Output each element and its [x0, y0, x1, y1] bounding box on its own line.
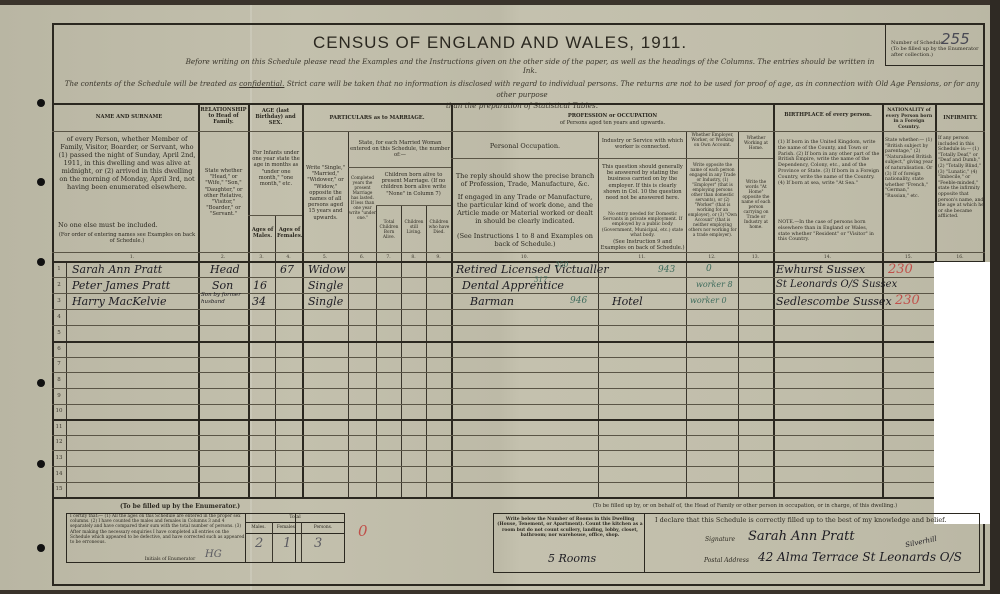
red-check-mark: 0 [358, 522, 368, 540]
row-number: 6 [54, 346, 64, 352]
page-edge-right [990, 0, 1000, 594]
header-name-body: of every Person, whether Member of Famil… [58, 135, 196, 191]
row1-age-female[interactable]: 67 [280, 263, 294, 276]
column-number: 2. [198, 255, 248, 260]
column-number: 9. [426, 255, 451, 260]
row-number: 2 [54, 282, 64, 288]
header-industry: Industry or Service with which worker is… [600, 138, 685, 150]
col-divider [248, 104, 250, 499]
row-number: 13 [54, 455, 64, 461]
head-heading: (To be filled up by, or on behalf of, th… [510, 503, 980, 509]
form-title: CENSUS OF ENGLAND AND WALES, 1911. [0, 33, 1000, 53]
enumerator-initials[interactable]: HG [205, 549, 222, 560]
col-divider [598, 131, 599, 499]
confidential-text-pre: The contents of the Schedule will be tre… [65, 79, 239, 88]
row2-occupation-code: 317 [534, 276, 547, 284]
postal-address[interactable]: 42 Alma Terrace St Leonards O/S [758, 550, 962, 564]
schedule-number-box: Number of Schedule (To be filled up by t… [885, 24, 985, 66]
column-number: 16. [935, 255, 985, 260]
punch-hole-icon [37, 544, 45, 552]
form-instructions: Before writing on this Schedule please r… [180, 57, 880, 75]
header-name-no-one-else: No one else must be included. [58, 221, 196, 229]
totals-label: Total [245, 515, 345, 521]
header-name-order-note: (For order of entering names see Example… [58, 232, 196, 244]
column-number: 10. [451, 255, 598, 260]
header-name: NAME AND SURNAME [60, 114, 198, 120]
header-age-females: Ages of Females. [277, 227, 302, 239]
header-died: Children who have Died. [427, 220, 451, 235]
row3-occupation-code: 946 [570, 296, 587, 306]
row1-relationship[interactable]: Head [210, 263, 240, 276]
row-number: 12 [54, 439, 64, 445]
row3-age-male[interactable]: 34 [252, 295, 266, 308]
header-top-rule [52, 103, 985, 105]
column-number: 7. [376, 255, 401, 260]
totals-males[interactable]: 2 [255, 536, 263, 551]
row2-age-male[interactable]: 16 [253, 279, 267, 292]
row3-birthplace-code: 230 [895, 293, 920, 308]
row-number: 8 [54, 377, 64, 383]
header-rule [248, 215, 302, 216]
row-number-divider [66, 262, 67, 499]
schedule-number-value[interactable]: 255 [941, 30, 970, 48]
header-occupation: PROFESSION or OCCUPATION [453, 113, 772, 119]
row2-relationship[interactable]: Son [212, 279, 233, 292]
declaration-text: I declare that this Schedule is correctl… [655, 516, 946, 524]
column-number: 11. [598, 255, 686, 260]
row2-employer[interactable]: worker 8 [696, 280, 733, 289]
column-number: 15. [882, 255, 935, 260]
header-rule [52, 131, 985, 132]
column-number: 5. [302, 255, 348, 260]
col-divider [198, 104, 200, 499]
row2-condition[interactable]: Single [308, 279, 343, 292]
header-rule [451, 158, 773, 159]
column-number: 1. [66, 255, 198, 260]
header-marriage-condition: Write "Single," "Married," "Widower," or… [304, 165, 347, 221]
column-number: 6. [348, 255, 376, 260]
col-divider [426, 205, 427, 499]
col-divider [376, 205, 377, 499]
enumerator-heading: (To be filled up by the Enumerator.) [60, 503, 300, 510]
header-age: AGE (last Birthday) and SEX. [250, 108, 301, 127]
column-number: 12. [686, 255, 738, 260]
header-occupation-sub: of Persons aged ten years and upwards. [453, 120, 772, 126]
punch-hole-icon [37, 460, 45, 468]
row3-employer[interactable]: worker 0 [690, 296, 727, 305]
row1-occupation[interactable]: Retired Licensed Victualler [456, 263, 609, 276]
confidential-text-post: Strict care will be taken that no inform… [284, 79, 979, 99]
totals-males-label: Males. [245, 525, 272, 531]
row-number: 11 [54, 424, 64, 430]
row-number: 9 [54, 393, 64, 399]
totals-females-label: Females. [272, 525, 301, 531]
row3-birthplace[interactable]: Sedlescombe Sussex [776, 295, 892, 308]
header-industry-body3: (See Instruction 9 and Examples on back … [600, 239, 685, 251]
header-nationality-body: State whether:— (1) "British subject by … [885, 138, 934, 200]
row-number: 15 [54, 486, 64, 492]
signature-label: Signature [705, 536, 735, 543]
header-industry-body: This question should generally be answer… [600, 164, 685, 201]
header-rule [348, 167, 451, 168]
header-employer-body: Write opposite the name of each person e… [688, 162, 737, 237]
column-number: 14. [773, 255, 882, 260]
header-personal-body3: (See Instructions 1 to 8 and Examples on… [455, 232, 595, 248]
col-divider [773, 104, 775, 499]
header-marriage: PARTICULARS as to MARRIAGE. [304, 115, 450, 121]
col-divider [451, 104, 453, 499]
totals-females[interactable]: 1 [283, 536, 291, 551]
row3-industry[interactable]: Hotel [612, 295, 643, 308]
row-number: 7 [54, 361, 64, 367]
header-infirmity: INFIRMITY. [937, 115, 984, 121]
col-divider [686, 131, 687, 499]
header-personal-body2: If engaged in any Trade or Manufacture, … [455, 193, 595, 225]
col-divider [302, 104, 304, 499]
enumerator-certify: I certify that:— (1) All the ages on thi… [70, 514, 245, 545]
header-industry-body2: No entry needed for Domestic Servants in… [600, 212, 685, 238]
totals-persons-label: Persons. [301, 525, 345, 531]
header-living: Children still Living. [402, 220, 426, 235]
header-home: Whether Working at Home. [740, 136, 772, 151]
confidential-word: confidential. [239, 79, 284, 88]
schedule-number-label: Number of Schedule (To be filled up by t… [891, 40, 984, 58]
header-age-males: Ages of Males. [250, 227, 275, 239]
header-birthplace-note: NOTE.—In the case of persons born elsewh… [778, 220, 880, 243]
column-number: 13. [738, 255, 773, 260]
signature[interactable]: Sarah Ann Pratt [748, 529, 855, 544]
header-rule [376, 205, 451, 206]
header-relationship: RELATIONSHIP to Head of Family. [200, 107, 247, 126]
postal-address-label: Postal Address [704, 557, 749, 564]
header-home-body: Write the words "At Home" opposite the n… [740, 180, 772, 230]
census-schedule-page: CENSUS OF ENGLAND AND WALES, 1911. Befor… [0, 0, 1000, 594]
row2-name[interactable]: Peter James Pratt [72, 279, 170, 292]
page-edge-top [0, 0, 1000, 5]
row3-occupation[interactable]: Barman [470, 295, 514, 308]
header-personal-body1: The reply should show the precise branch… [455, 172, 595, 188]
header-marriage-married-woman: State, for each Married Woman entered on… [350, 140, 450, 159]
page-edge-bottom [0, 590, 1000, 594]
punch-hole-icon [37, 379, 45, 387]
row1-occupation-code: 350 [555, 261, 568, 269]
header-nationality: NATIONALITY of every Person born in a Fo… [884, 108, 934, 130]
punch-hole-icon [37, 178, 45, 186]
row3-condition[interactable]: Single [308, 295, 343, 308]
column-number: 3. [248, 255, 275, 260]
punch-hole-icon [37, 99, 45, 107]
header-age-body: For Infants under one year state the age… [251, 150, 301, 187]
col-divider [738, 131, 739, 499]
header-infirmity-body: If any person included in this Schedule … [938, 136, 984, 220]
header-marriage-years: Completed years the present Marriage has… [349, 175, 376, 220]
row1-condition[interactable]: Widow [308, 263, 346, 276]
header-marriage-children: Children born alive to present Marriage.… [377, 172, 450, 197]
header-rule [738, 158, 773, 159]
row-number: 3 [54, 298, 64, 304]
header-birthplace-body: (1) If born in the United Kingdom, write… [778, 140, 880, 186]
row3-name[interactable]: Harry MacKelvie [72, 295, 167, 308]
header-relationship-body: State whether "Head," or "Wife," "Son," … [200, 168, 247, 218]
punch-hole-icon [37, 258, 45, 266]
header-total-born: Total Children Born Alive. [377, 220, 401, 240]
row-number: 14 [54, 471, 64, 477]
row1-birthplace[interactable]: Ewhurst Sussex [776, 263, 865, 276]
header-rule [52, 252, 985, 253]
row-number: 5 [54, 330, 64, 336]
row2-birthplace[interactable]: St Leonards O/S Sussex [776, 279, 897, 290]
row1-industry-code: 943 [658, 265, 675, 275]
row1-name[interactable]: Sarah Ann Pratt [72, 263, 162, 276]
redacted-infirmity-column [934, 262, 990, 524]
header-employer: Whether Employer, Worker, or Working on … [688, 133, 737, 148]
col-divider [401, 205, 402, 499]
row3-relationship[interactable]: Son by former husband [201, 292, 247, 306]
rooms-instructions: Write below the Number of Rooms in this … [497, 517, 643, 539]
header-personal-occupation: Personal Occupation. [453, 142, 597, 150]
row2-occupation[interactable]: Dental Apprentice [462, 279, 564, 292]
row-number: 10 [54, 408, 64, 414]
column-number: 8. [401, 255, 426, 260]
header-birthplace: BIRTHPLACE of every person. [775, 112, 881, 118]
column-number: 4. [275, 255, 302, 260]
row-number: 4 [54, 314, 64, 320]
row1-birthplace-code: 230 [888, 262, 913, 277]
row1-employer[interactable]: 0 [706, 264, 712, 274]
enumerator-initials-label: Initials of Enumerator [130, 557, 210, 563]
row-number: 1 [54, 266, 64, 272]
totals-persons[interactable]: 3 [314, 536, 322, 551]
rooms-count[interactable]: 5 Rooms [548, 552, 596, 565]
